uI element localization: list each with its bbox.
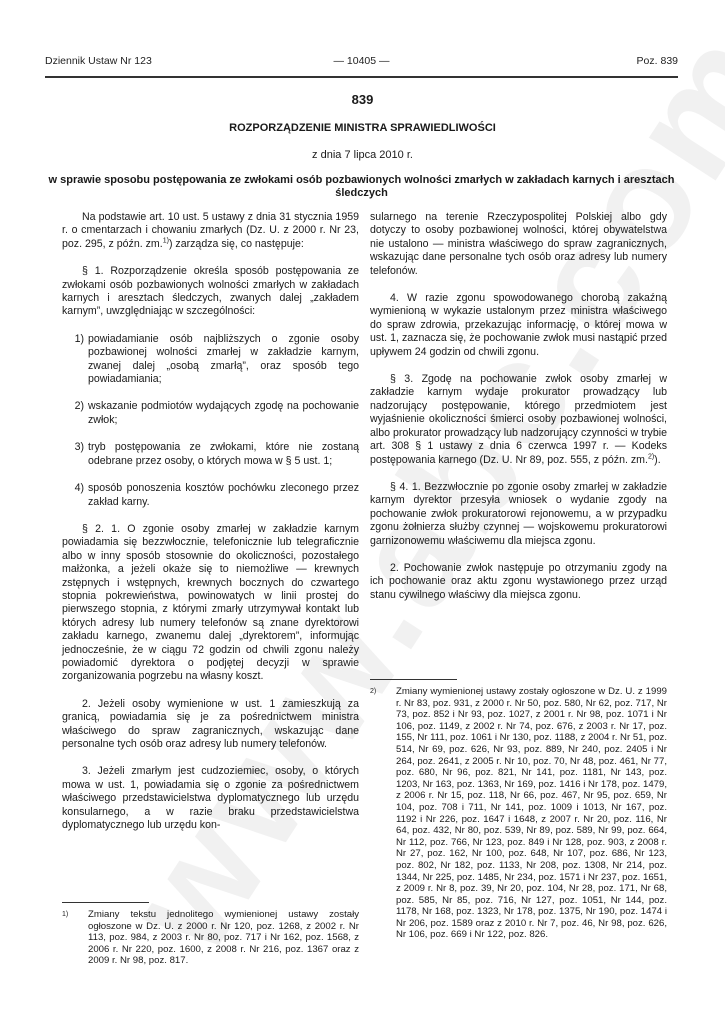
paragraph-2-4: 4. W razie zgonu spowodowanego chorobą z… (370, 292, 667, 359)
list-item-number: 2) (62, 400, 84, 413)
paragraph-2-3: 3. Jeżeli zmarłym jest cudzoziemiec, oso… (62, 765, 359, 832)
list-item-number: 4) (62, 482, 84, 495)
list-item-text: tryb postępowania ze zwłokami, które nie… (88, 441, 359, 466)
paragraph-4-2: 2. Pochowanie zwłok następuje po otrzyma… (370, 562, 667, 602)
paragraph-2-1: § 2. 1. O zgonie osoby zmarłej w zakładz… (62, 523, 359, 684)
list-item-text: wskazanie podmiotów wydających zgodę na … (88, 400, 359, 425)
document-subject: w sprawie sposobu postępowania ze zwłoka… (45, 174, 678, 200)
footnote-text: Zmiany wymienionej ustawy zostały ogłosz… (396, 686, 667, 940)
list-item-text: powiadamianie osób najbliższych o zgonie… (88, 333, 359, 385)
footnote-2: 2) Zmiany wymienionej ustawy zostały ogł… (370, 686, 667, 941)
list-item: 3) tryb postępowania ze zwłokami, które … (62, 441, 359, 468)
document-date: z dnia 7 lipca 2010 r. (0, 149, 725, 161)
right-column: sularnego na terenie Rzeczypospolitej Po… (370, 211, 667, 616)
paragraph-3-text: § 3. Zgodę na pochowanie zwłok osoby zma… (370, 373, 667, 465)
footnote-marker: 1) (62, 909, 68, 921)
list-item: 4) sposób ponoszenia kosztów pochówku zl… (62, 482, 359, 509)
page-header: Dziennik Ustaw Nr 123 — 10405 — Poz. 839 (45, 55, 678, 75)
list-item: 2) wskazanie podmiotów wydających zgodę … (62, 400, 359, 427)
page-number: — 10405 — (45, 55, 678, 67)
footnote-divider (370, 679, 457, 680)
document-title: ROZPORZĄDZENIE MINISTRA SPRAWIEDLIWOŚCI (0, 122, 725, 134)
paragraph-2-3-continued: sularnego na terenie Rzeczypospolitej Po… (370, 211, 667, 278)
footnote-text: Zmiany tekstu jednolitego wymienionej us… (88, 909, 359, 966)
list-item-number: 1) (62, 333, 84, 346)
footnote-divider (62, 902, 149, 903)
document-page: Dziennik Ustaw Nr 123 — 10405 — Poz. 839… (0, 0, 725, 1024)
left-column: Na podstawie art. 10 ust. 5 ustawy z dni… (62, 211, 359, 846)
footnote-1-block: 1) Zmiany tekstu jednolitego wymienionej… (62, 902, 359, 967)
preamble: Na podstawie art. 10 ust. 5 ustawy z dni… (62, 211, 359, 251)
list-item: 1) powiadamianie osób najbliższych o zgo… (62, 333, 359, 387)
list-item-number: 3) (62, 441, 84, 454)
footnote-marker: 2) (370, 686, 376, 698)
footnote-2-block: 2) Zmiany wymienionej ustawy zostały ogł… (370, 679, 667, 941)
preamble-text-end: ) zarządza się, co następuje: (169, 238, 304, 250)
header-divider (45, 76, 678, 78)
paragraph-3-text-end: ). (654, 454, 660, 466)
paragraph-2-2: 2. Jeżeli osoby wymienione w ust. 1 zami… (62, 698, 359, 752)
footnote-1: 1) Zmiany tekstu jednolitego wymienionej… (62, 909, 359, 967)
paragraph-1-intro: § 1. Rozporządzenie określa sposób postę… (62, 265, 359, 319)
position-number: Poz. 839 (637, 55, 678, 67)
paragraph-3: § 3. Zgodę na pochowanie zwłok osoby zma… (370, 373, 667, 467)
list-item-text: sposób ponoszenia kosztów pochówku zleco… (88, 482, 359, 507)
document-number: 839 (0, 92, 725, 107)
paragraph-4-1: § 4. 1. Bezzwłocznie po zgonie osoby zma… (370, 481, 667, 548)
